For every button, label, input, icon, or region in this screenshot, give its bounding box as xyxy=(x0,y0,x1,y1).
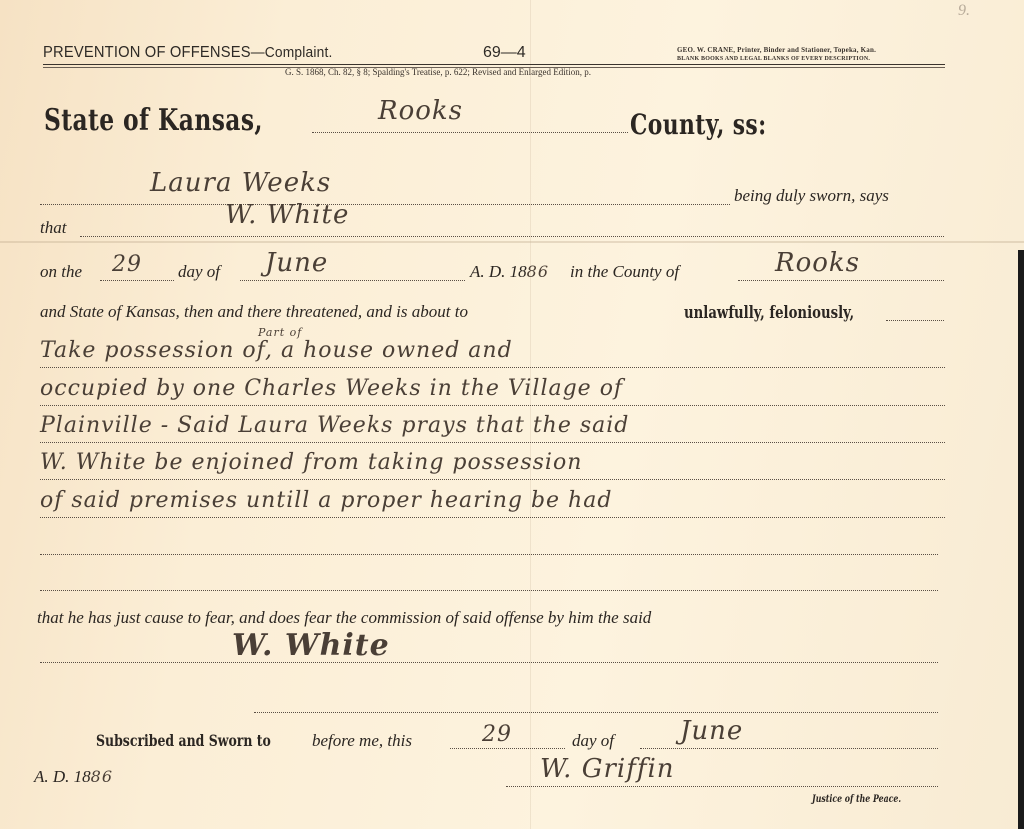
offense-line-7-rule xyxy=(40,590,938,591)
offense-line-5[interactable]: of said premises untill a proper hearing… xyxy=(40,488,612,513)
sworn-label: being duly sworn, says xyxy=(734,186,889,206)
offense-line-3-rule xyxy=(40,442,945,443)
page-number: 9. xyxy=(958,2,970,20)
header-rule xyxy=(43,64,945,65)
offense-line-5-rule xyxy=(40,517,945,518)
offense-year[interactable]: 86 xyxy=(527,262,549,281)
offense-line-2-rule xyxy=(40,405,945,406)
offense-day[interactable]: 29 xyxy=(112,252,142,277)
before-me-label: before me, this xyxy=(312,731,412,751)
jurat-day-blank-line xyxy=(450,748,565,749)
printer-line-2: BLANK BOOKS AND LEGAL BLANKS OF EVERY DE… xyxy=(677,55,876,64)
offense-line-2[interactable]: occupied by one Charles Weeks in the Vil… xyxy=(40,376,623,401)
offense-line-1-rule xyxy=(40,367,945,368)
justice-signature[interactable]: W. Griffin xyxy=(540,754,675,784)
that-label: that xyxy=(40,218,66,238)
county-label: County, ss: xyxy=(630,108,767,141)
threat-blank-line xyxy=(886,320,944,321)
jurat-day[interactable]: 29 xyxy=(482,722,512,747)
offense-county[interactable]: Rooks xyxy=(775,248,860,278)
subscribed-label: Subscribed and Sworn to xyxy=(96,731,271,750)
jurat-ad-prefix: A. D. 18 xyxy=(34,767,91,786)
justice-title: Justice of the Peace. xyxy=(812,794,901,805)
offense-line-4-rule xyxy=(40,479,945,480)
day-of-label: day of xyxy=(178,262,220,282)
month-blank-line xyxy=(240,280,465,281)
printer-imprint: GEO. W. CRANE, Printer, Binder and Stati… xyxy=(677,46,876,64)
offense-line-6-rule xyxy=(40,554,938,555)
threat-text: and State of Kansas, then and there thre… xyxy=(40,302,468,322)
form-title-sub: —Complaint. xyxy=(251,44,333,61)
printer-line-1: GEO. W. CRANE, Printer, Binder and Stati… xyxy=(677,46,876,55)
state-label: State of Kansas, xyxy=(44,103,263,138)
blank-line-pre-jurat xyxy=(254,712,938,713)
jurat-day-of-label: day of xyxy=(572,731,614,751)
offense-month[interactable]: June xyxy=(265,248,328,278)
venue-county-value[interactable]: Rooks xyxy=(378,96,463,126)
accused-name[interactable]: W. White xyxy=(225,200,349,230)
threat-text-bold: unlawfully, feloniously, xyxy=(684,303,854,323)
scan-edge xyxy=(1018,250,1024,829)
jurat-ad-label: A. D. 1886 xyxy=(34,767,113,787)
county-of-label: in the County of xyxy=(570,262,679,282)
offense-line-3[interactable]: Plainville - Said Laura Weeks prays that… xyxy=(40,413,629,438)
form-number: 69—4 xyxy=(483,44,526,62)
ad-label: A. D. 1886 xyxy=(470,262,549,282)
offense-line-1[interactable]: Take possession of, a house owned and xyxy=(40,338,513,363)
on-the-label: on the xyxy=(40,262,82,282)
threat-text-italic: and State of Kansas, then and there thre… xyxy=(40,302,468,321)
statute-reference: G. S. 1868, Ch. 82, § 8; Spalding's Trea… xyxy=(285,67,591,77)
fear-accused-name[interactable]: W. White xyxy=(232,628,390,663)
offense-county-blank-line xyxy=(738,280,944,281)
jurat-month[interactable]: June xyxy=(680,716,743,746)
form-title: PREVENTION OF OFFENSES—Complaint. xyxy=(43,44,332,62)
day-blank-line xyxy=(100,280,174,281)
fear-name-blank-line xyxy=(40,662,938,663)
offense-line-4[interactable]: W. White be enjoined from taking possess… xyxy=(40,450,582,475)
complainant-blank-line xyxy=(40,204,730,205)
ad-prefix: A. D. 18 xyxy=(470,262,527,281)
accused-blank-line xyxy=(80,236,944,237)
fear-text: that he has just cause to fear, and does… xyxy=(37,608,651,628)
form-title-main: PREVENTION OF OFFENSES xyxy=(43,44,251,61)
jurat-year[interactable]: 86 xyxy=(91,767,113,786)
jurat-month-blank-line xyxy=(640,748,938,749)
complainant-name[interactable]: Laura Weeks xyxy=(150,168,331,198)
paper-fold-horizontal xyxy=(0,241,1024,243)
county-blank-line xyxy=(312,132,628,133)
signature-line xyxy=(506,786,938,787)
